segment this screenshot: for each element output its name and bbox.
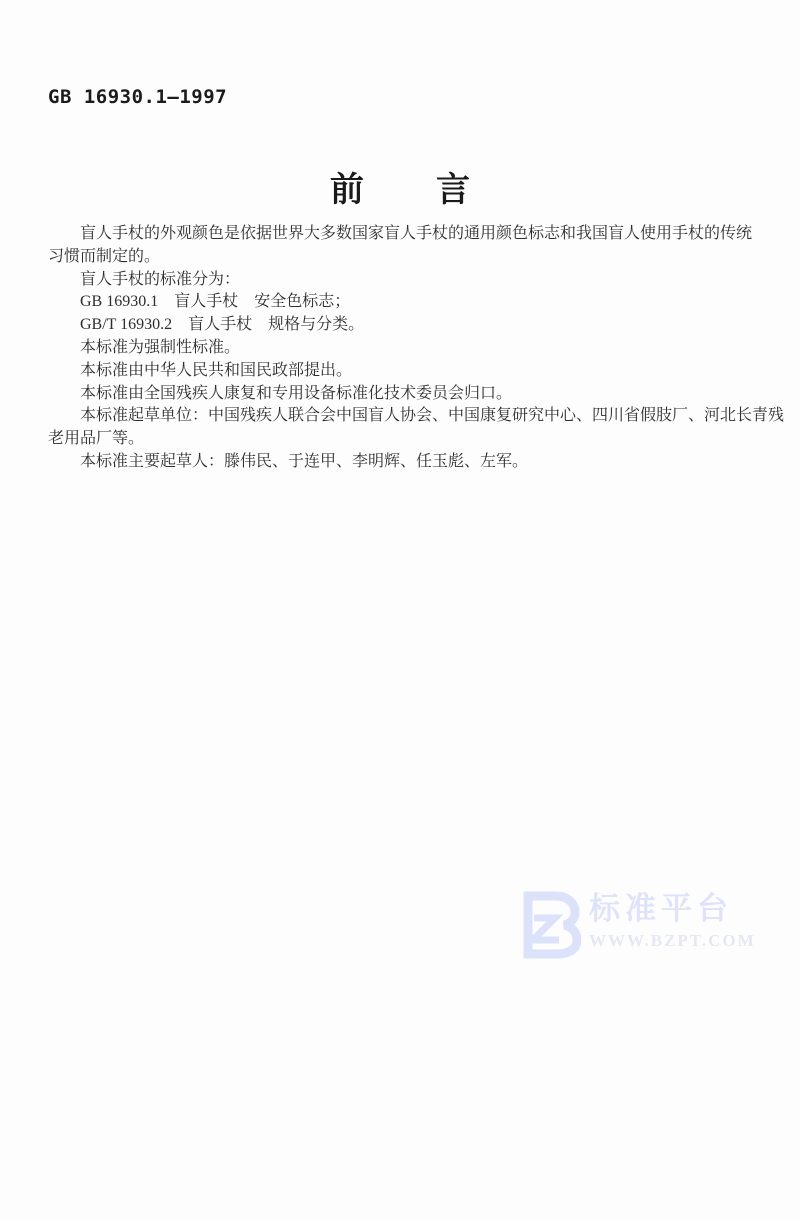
bzpt-logo-icon (517, 890, 581, 960)
body-line-11: 本标准主要起草人：滕伟民、于连甲、李明辉、任玉彪、左军。 (48, 451, 758, 474)
document-page: GB 16930.1—1997 前 言 盲人手杖的外观颜色是依据世界大多数国家盲… (0, 0, 800, 1219)
watermark: 标准平台 WWW.BZPT.COM (517, 890, 756, 960)
page-title: 前 言 (0, 162, 800, 211)
body-line-5: GB/T 16930.2 盲人手杖 规格与分类。 (48, 314, 758, 337)
watermark-brand: 标准平台 (589, 892, 756, 926)
page-title-char-right: 言 (436, 162, 470, 211)
body-line-7: 本标准由中华人民共和国民政部提出。 (48, 360, 758, 383)
watermark-url: WWW.BZPT.COM (589, 931, 756, 951)
page-title-char-left: 前 (330, 162, 364, 211)
body-line-3: 盲人手杖的标准分为： (48, 269, 758, 292)
foreword-body: 盲人手杖的外观颜色是依据世界大多数国家盲人手杖的通用颜色标志和我国盲人使用手杖的… (48, 223, 758, 474)
standard-number: GB 16930.1—1997 (48, 86, 227, 108)
body-line-2: 习惯而制定的。 (48, 246, 758, 269)
watermark-text: 标准平台 WWW.BZPT.COM (589, 892, 756, 951)
body-line-1: 盲人手杖的外观颜色是依据世界大多数国家盲人手杖的通用颜色标志和我国盲人使用手杖的… (48, 223, 758, 246)
body-line-9: 本标准起草单位：中国残疾人联合会中国盲人协会、中国康复研究中心、四川省假肢厂、河… (48, 405, 758, 428)
body-line-8: 本标准由全国残疾人康复和专用设备标准化技术委员会归口。 (48, 383, 758, 406)
body-line-10: 老用品厂等。 (48, 428, 758, 451)
body-line-6: 本标准为强制性标准。 (48, 337, 758, 360)
body-line-4: GB 16930.1 盲人手杖 安全色标志； (48, 291, 758, 314)
